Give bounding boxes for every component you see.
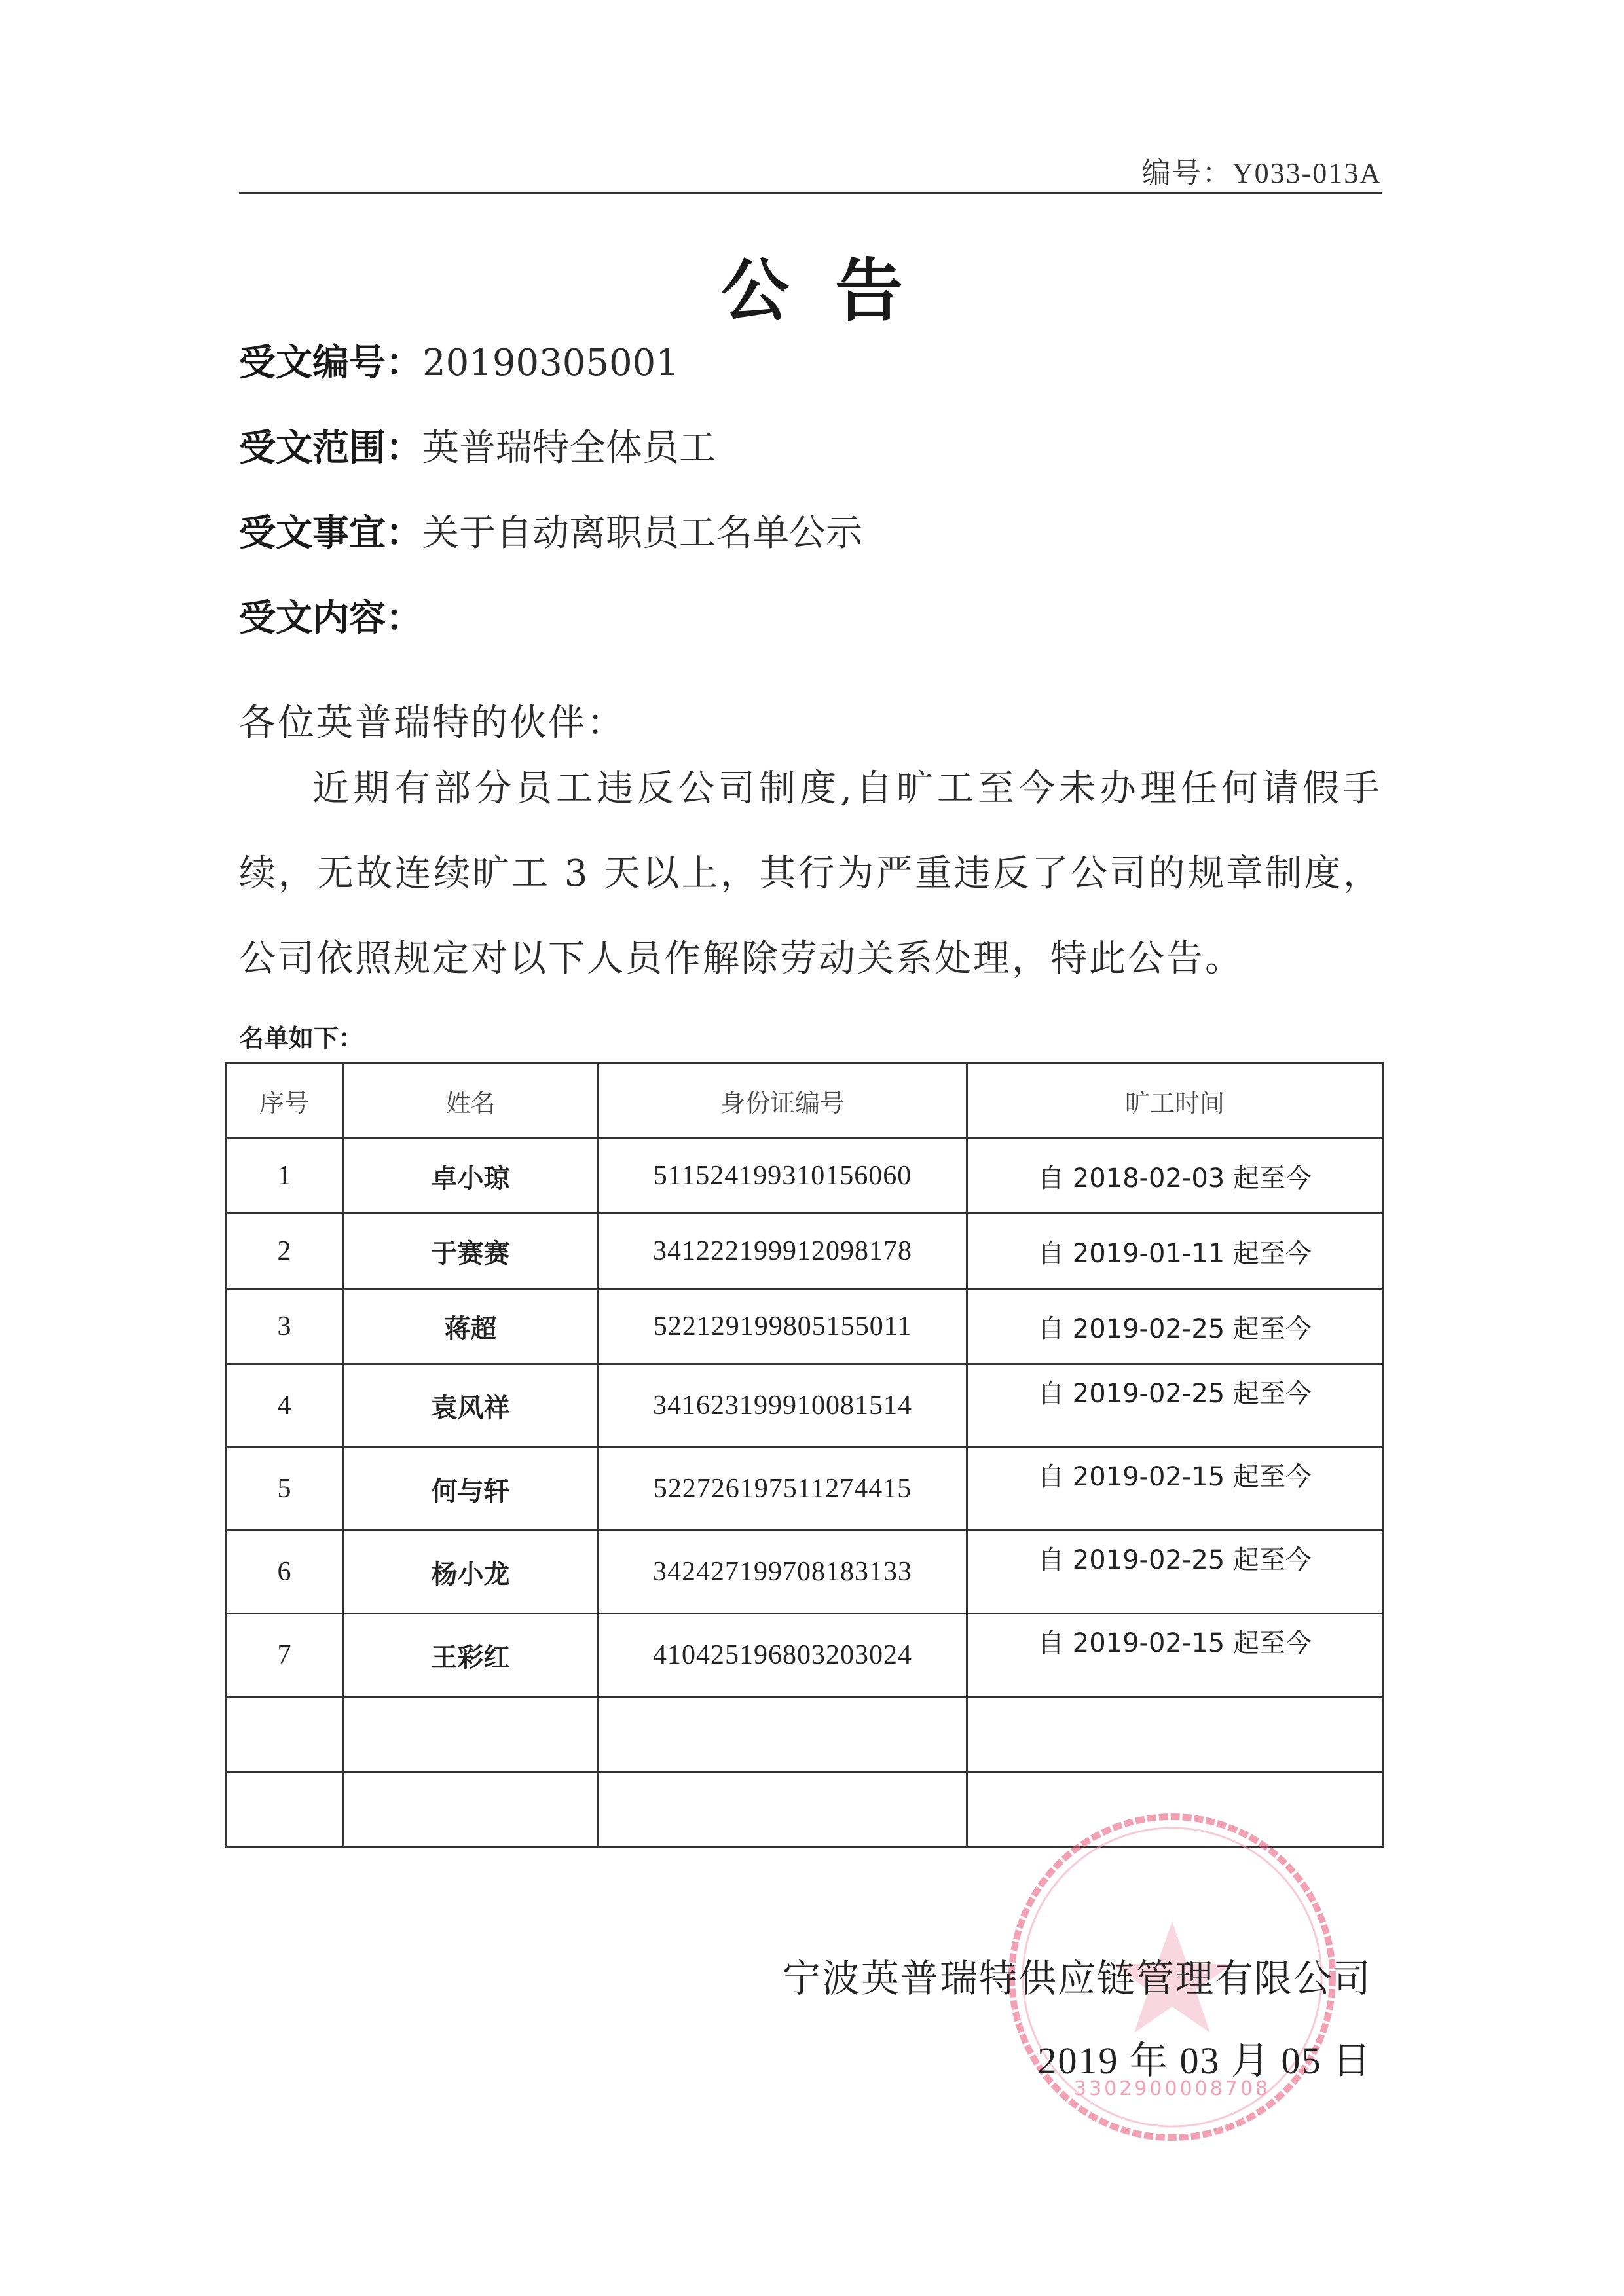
cell-period [967,1772,1383,1848]
cell-name: 蒋超 [343,1289,599,1364]
header-no: 序号 [226,1063,343,1139]
meta-content: 受文内容： [239,596,422,642]
cell-period: 自 2019-02-25 起至今 [967,1531,1383,1614]
cell-id: 511524199310156060 [599,1139,967,1214]
cell-no: 4 [226,1364,343,1448]
cell-period: 自 2019-02-25 起至今 [967,1364,1383,1448]
cell-period: 自 2019-02-15 起至今 [967,1614,1383,1697]
meta-scope: 受文范围：英普瑞特全体员工 [239,426,716,471]
cell-id: 342427199708183133 [599,1531,967,1614]
table-row: 1 卓小琼 511524199310156060 自 2018-02-03 起至… [226,1139,1383,1214]
cell-id [599,1697,967,1772]
cell-no: 7 [226,1614,343,1697]
table-row: 5 何与轩 522726197511274415 自 2019-02-15 起至… [226,1448,1383,1531]
meta-value: 关于自动离职员工名单公示 [422,512,862,555]
cell-id: 522726197511274415 [599,1448,967,1531]
cell-no: 3 [226,1289,343,1364]
signature-date: 2019 年 03 月 05 日 [1037,2030,1372,2085]
table-row: 4 袁风祥 341623199910081514 自 2019-02-25 起至… [226,1364,1383,1448]
cell-period [967,1697,1383,1772]
cell-name: 于赛赛 [343,1214,599,1289]
table-row: 3 蒋超 522129199805155011 自 2019-02-25 起至今 [226,1289,1383,1364]
cell-id [599,1772,967,1848]
cell-period: 自 2019-01-11 起至今 [967,1214,1383,1289]
cell-name: 何与轩 [343,1448,599,1531]
page-title: 公告 [0,236,1624,334]
meta-label: 受文编号： [239,342,422,384]
cell-name: 王彩红 [343,1614,599,1697]
cell-no [226,1772,343,1848]
table-row: 7 王彩红 410425196803203024 自 2019-02-15 起至… [226,1614,1383,1697]
table-row-empty [226,1697,1383,1772]
meta-value: 20190305001 [422,342,679,384]
cell-no [226,1697,343,1772]
cell-id: 522129199805155011 [599,1289,967,1364]
table-row: 2 于赛赛 341222199912098178 自 2019-01-11 起至… [226,1214,1383,1289]
cell-period: 自 2019-02-15 起至今 [967,1448,1383,1531]
cell-name [343,1772,599,1848]
header-id: 身份证编号 [599,1063,967,1139]
header-absence-period: 旷工时间 [967,1063,1383,1139]
document-code: 编号：Y033-013A [1142,149,1382,191]
cell-no: 1 [226,1139,343,1214]
table-row-empty [226,1772,1383,1848]
meta-label: 受文事宜： [239,512,422,555]
header-divider [239,192,1382,194]
cell-period: 自 2019-02-25 起至今 [967,1289,1383,1364]
cell-name [343,1697,599,1772]
cell-id: 341623199910081514 [599,1364,967,1448]
cell-no: 5 [226,1448,343,1531]
cell-id: 410425196803203024 [599,1614,967,1697]
cell-name: 袁风祥 [343,1364,599,1448]
table-row: 6 杨小龙 342427199708183133 自 2019-02-25 起至… [226,1531,1383,1614]
cell-no: 2 [226,1214,343,1289]
cell-name: 杨小龙 [343,1531,599,1614]
cell-id: 341222199912098178 [599,1214,967,1289]
meta-label: 受文范围： [239,427,422,469]
meta-subject: 受文事宜：关于自动离职员工名单公示 [239,511,862,556]
company-name: 宁波英普瑞特供应链管理有限公司 [783,1948,1372,2003]
cell-no: 6 [226,1531,343,1614]
cell-name: 卓小琼 [343,1139,599,1214]
cell-period: 自 2018-02-03 起至今 [967,1139,1383,1214]
header-name: 姓名 [343,1063,599,1139]
list-label: 名单如下： [239,1018,363,1054]
meta-value: 英普瑞特全体员工 [422,427,716,469]
meta-doc-number: 受文编号：20190305001 [239,340,679,386]
meta-label: 受文内容： [239,597,422,640]
announcement-paragraph: 近期有部分员工违反公司制度,自旷工至今未办理任何请假手续，无故连续旷工 3 天以… [239,746,1382,1002]
dismissal-table: 序号 姓名 身份证编号 旷工时间 1 卓小琼 51152419931015606… [225,1062,1384,1848]
table-header-row: 序号 姓名 身份证编号 旷工时间 [226,1063,1383,1139]
